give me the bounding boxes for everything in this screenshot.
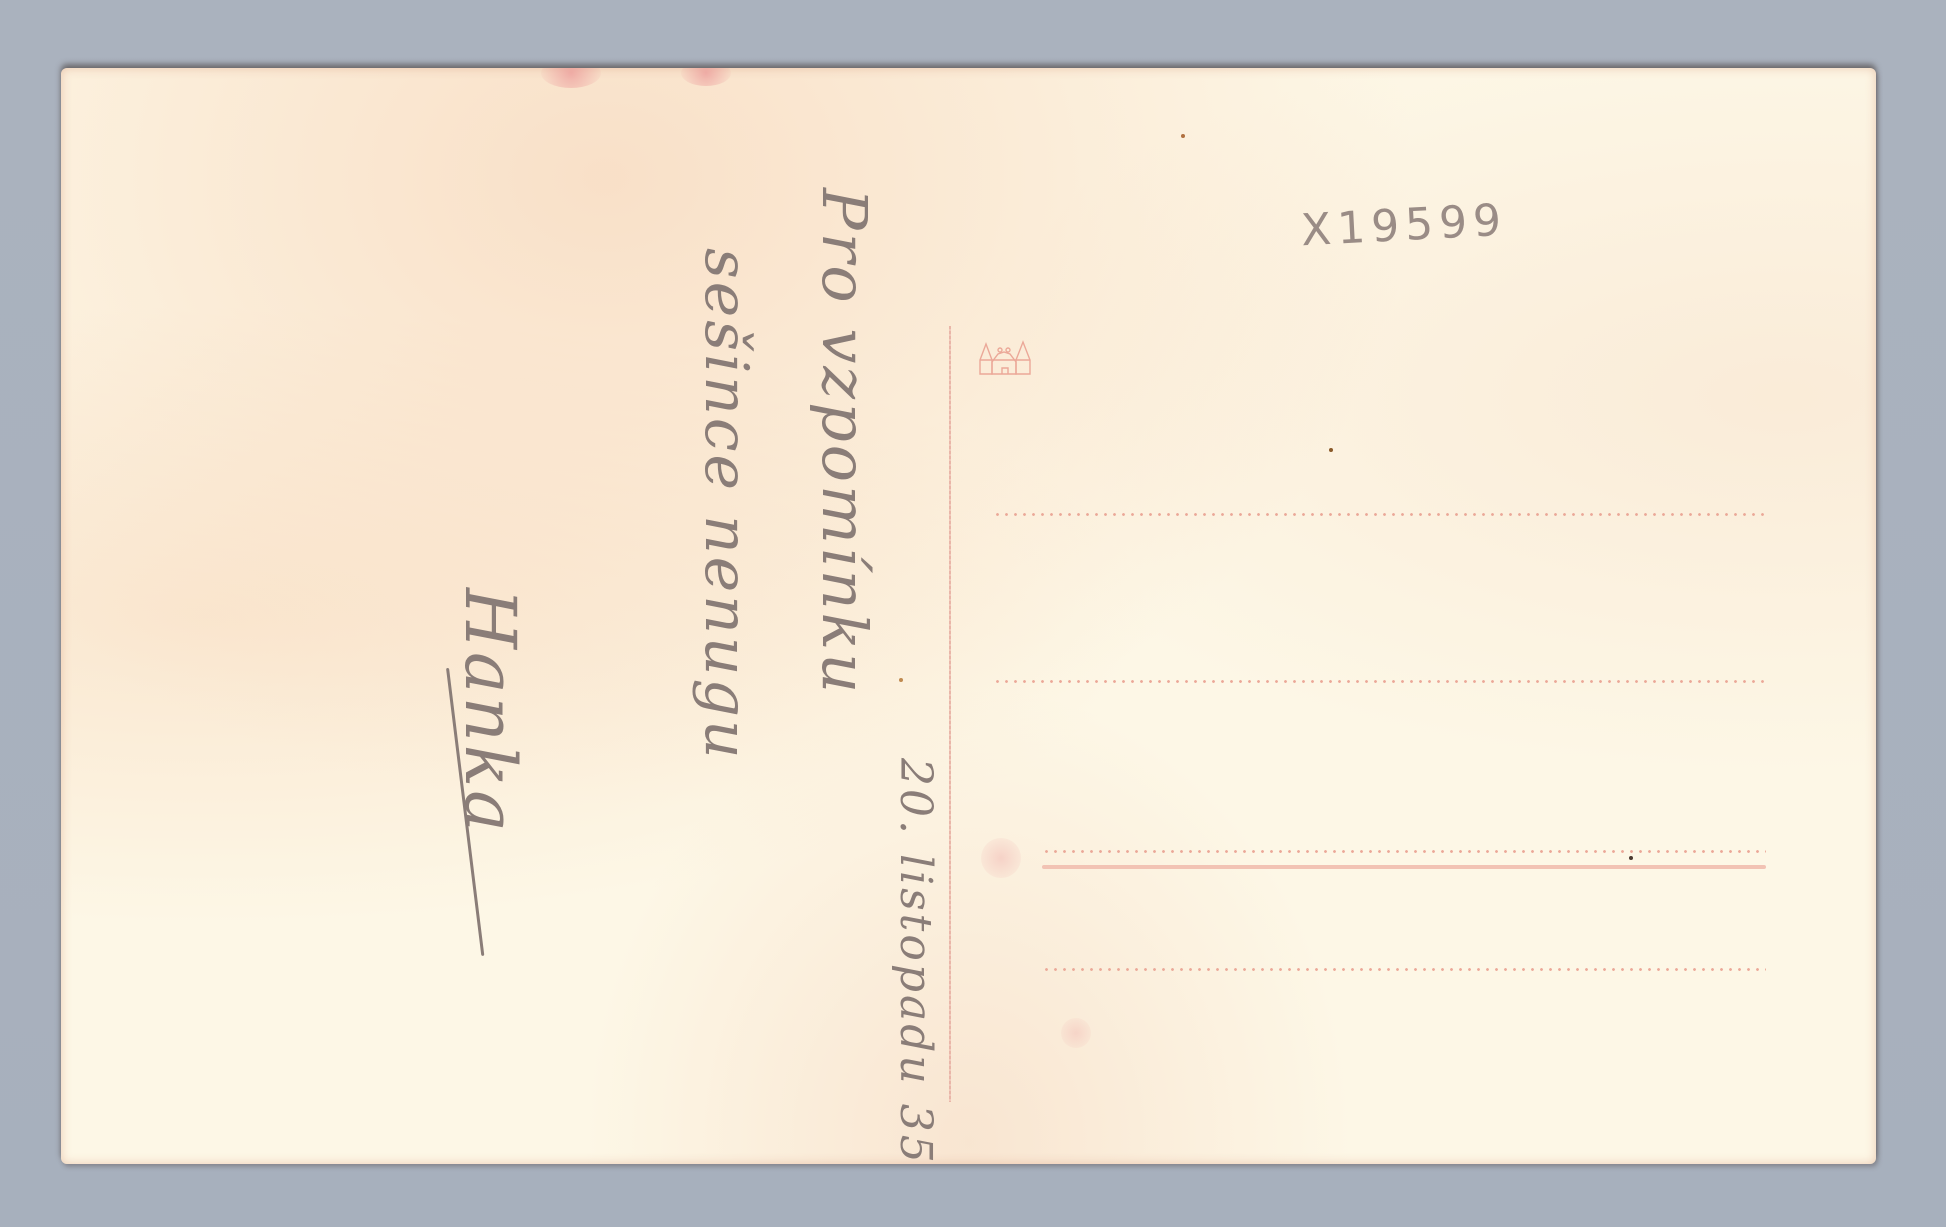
stain-mark [541, 68, 601, 88]
address-line-3-underline [1042, 865, 1766, 869]
stain-mark [1061, 1018, 1091, 1048]
inventory-number: X19599 [1300, 195, 1509, 257]
address-line-1 [993, 513, 1768, 516]
stain-mark [681, 68, 731, 86]
address-line-4 [1042, 968, 1766, 971]
speck [1181, 134, 1185, 138]
handwritten-line-2: sešince nenugu [691, 248, 761, 762]
scan-background: X19599 Pro vzpomínku sešince nenugu Hank… [0, 0, 1946, 1227]
address-divider [949, 326, 951, 1102]
speck [1629, 856, 1633, 860]
handwritten-date: 20. listopadu 35 [890, 758, 941, 1164]
speck [899, 678, 903, 682]
stain-mark [981, 838, 1021, 878]
speck [1329, 448, 1333, 452]
castle-towers-logo-icon [976, 336, 1036, 378]
address-line-2 [993, 680, 1768, 683]
postcard-back: X19599 Pro vzpomínku sešince nenugu Hank… [61, 68, 1876, 1164]
handwritten-line-1: Pro vzpomínku [808, 188, 881, 696]
address-line-3 [1042, 850, 1766, 853]
